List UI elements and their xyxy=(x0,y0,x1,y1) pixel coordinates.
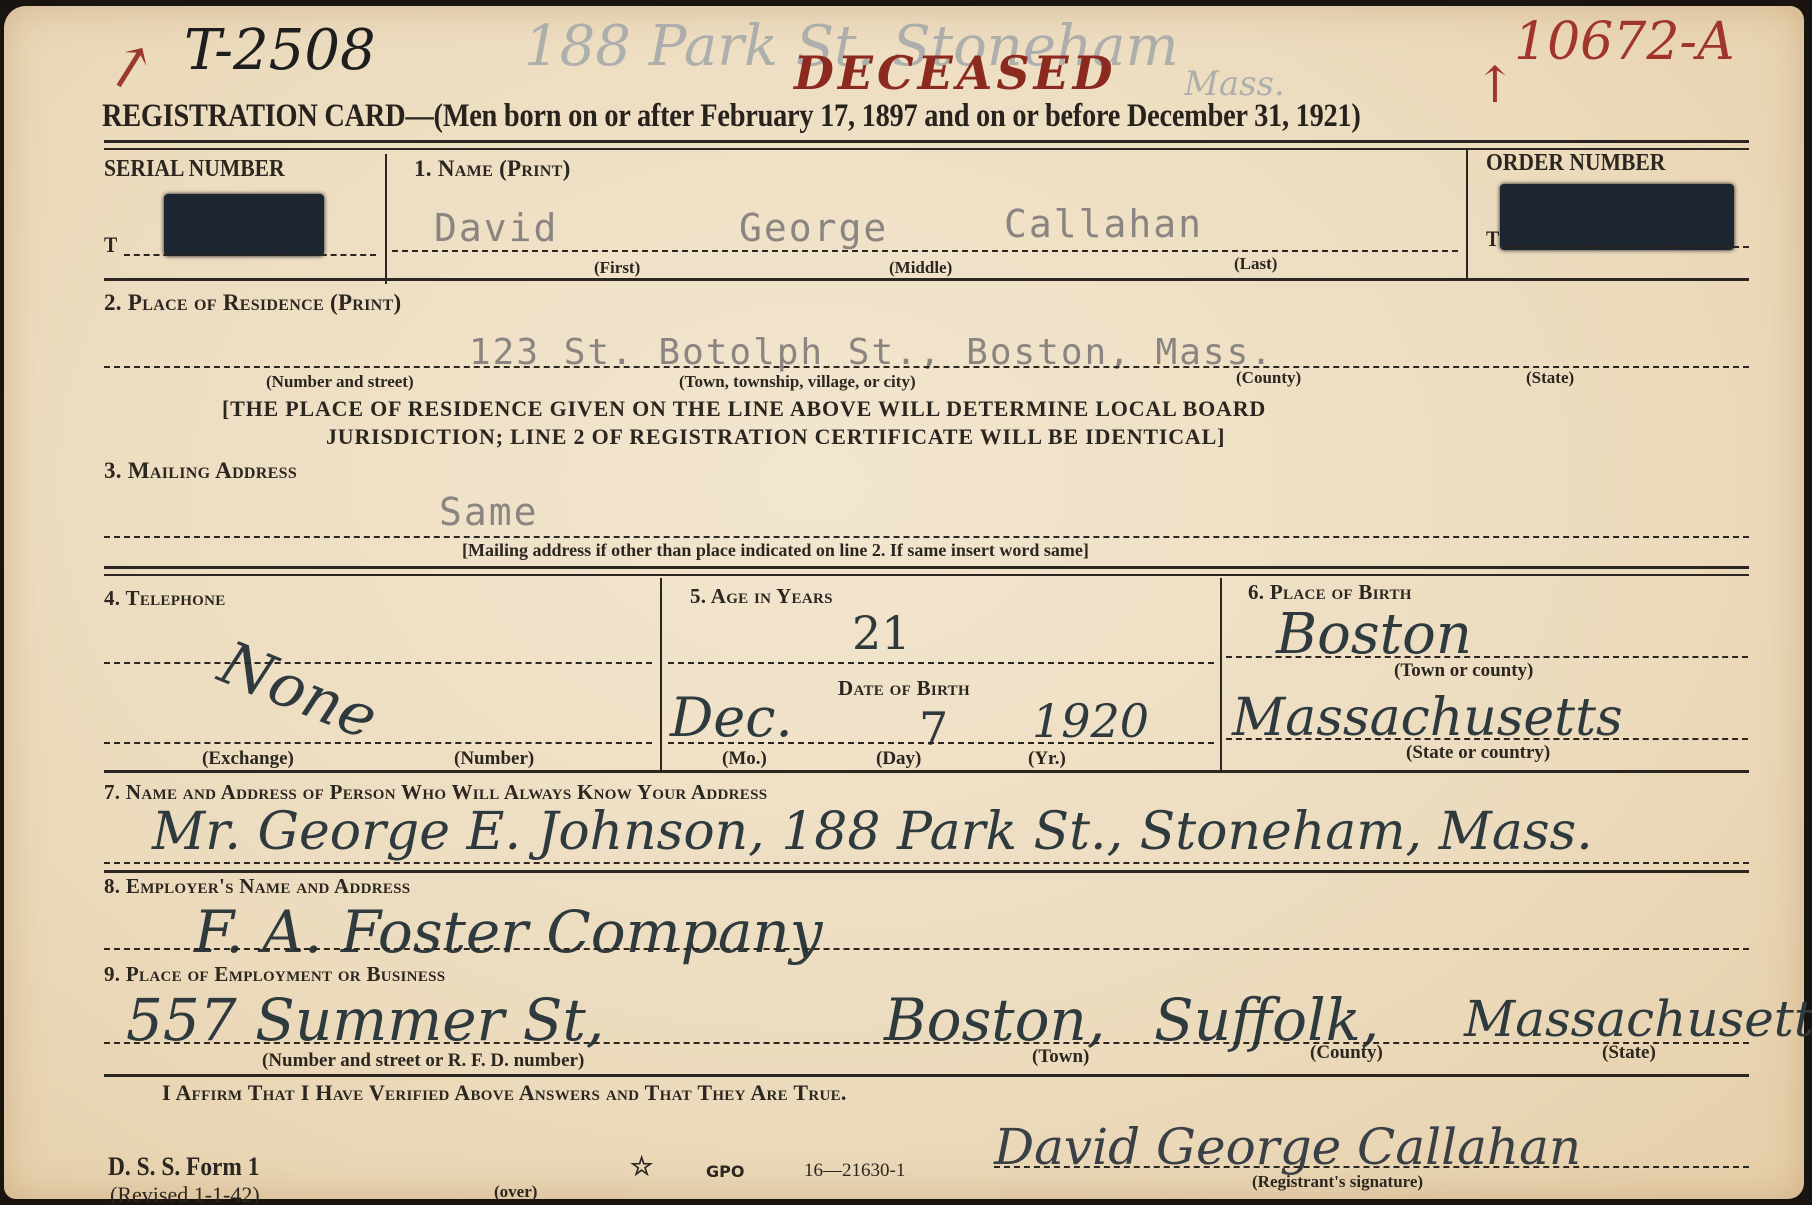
caption-street-rfd: (Number and street or R. F. D. number) xyxy=(262,1050,584,1072)
star-icon: ☆ xyxy=(630,1152,653,1182)
caption-emp-county: (County) xyxy=(1310,1042,1383,1064)
name-middle: George xyxy=(739,206,888,250)
employment-state: Massachusetts xyxy=(1464,990,1812,1048)
caption-town: (Town, township, village, or city) xyxy=(679,372,916,392)
registration-card: ↑ T-2508 188 Park St. Stoneham Mass. DEC… xyxy=(4,6,1804,1199)
form-name: D. S. S. Form 1 xyxy=(108,1152,259,1182)
card-title: REGISTRATION CARD—(Men born on or after … xyxy=(102,98,1361,135)
mailing-address-caption: [Mailing address if other than place ind… xyxy=(462,540,1089,561)
dob-month: Dec. xyxy=(670,686,793,749)
print-code: 16—21630-1 xyxy=(804,1160,905,1182)
caption-last: (Last) xyxy=(1234,254,1277,274)
gpo-mark: GPO xyxy=(706,1162,744,1181)
caption-number-street: (Number and street) xyxy=(266,372,414,392)
contact-person-value: Mr. George E. Johnson, 188 Park St., Sto… xyxy=(152,802,1593,862)
caption-number: (Number) xyxy=(454,748,534,770)
arrow-annotation-right: ↑ xyxy=(1474,56,1516,114)
form-revised: (Revised 1-1-42) xyxy=(110,1182,260,1205)
dob-label: Date of Birth xyxy=(838,676,970,701)
caption-emp-town: (Town) xyxy=(1032,1046,1089,1068)
serial-prefix: T xyxy=(104,232,117,258)
order-number-redacted xyxy=(1500,184,1734,250)
age-value: 21 xyxy=(852,606,911,660)
caption-county: (County) xyxy=(1236,368,1301,388)
dob-day: 7 xyxy=(919,702,948,756)
caption-state: (State) xyxy=(1526,368,1574,388)
caption-first: (First) xyxy=(594,258,640,278)
employer-label: 8. Employer's Name and Address xyxy=(104,874,410,899)
serial-number-label: SERIAL NUMBER xyxy=(104,156,285,183)
signature-caption: (Registrant's signature) xyxy=(1252,1172,1423,1192)
residence-label: 2. Place of Residence (Print) xyxy=(104,290,401,316)
telephone-label: 4. Telephone xyxy=(104,586,226,611)
caption-exchange: (Exchange) xyxy=(202,748,294,770)
caption-middle: (Middle) xyxy=(889,258,952,278)
dob-year: 1920 xyxy=(1032,694,1149,748)
employer-value: F. A. Foster Company xyxy=(194,898,823,966)
telephone-value: None xyxy=(210,628,387,754)
caption-state-country: (State or country) xyxy=(1406,742,1550,764)
caption-month: (Mo.) xyxy=(722,748,767,770)
deceased-stamp: DECEASED xyxy=(794,46,1117,100)
top-left-number: T-2508 xyxy=(184,18,376,83)
caption-emp-state: (State) xyxy=(1602,1042,1656,1064)
name-first: David xyxy=(434,206,558,250)
serial-number-redacted xyxy=(164,194,324,256)
name-label: 1. Name (Print) xyxy=(414,156,571,182)
name-last: Callahan xyxy=(1004,202,1203,246)
caption-town-county: (Town or county) xyxy=(1394,660,1533,682)
residence-notice-line1: [THE PLACE OF RESIDENCE GIVEN ON THE LIN… xyxy=(222,396,1266,422)
order-number-label: ORDER NUMBER xyxy=(1486,150,1665,177)
top-right-number: 10672-A xyxy=(1514,12,1735,72)
caption-day: (Day) xyxy=(876,748,921,770)
mailing-address-value: Same xyxy=(439,490,539,534)
caption-year: (Yr.) xyxy=(1028,748,1066,770)
mailing-address-label: 3. Mailing Address xyxy=(104,458,297,484)
order-prefix: T xyxy=(1486,226,1499,252)
affirmation-text: I Affirm That I Have Verified Above Answ… xyxy=(162,1080,847,1106)
over-note: (over) xyxy=(494,1182,537,1202)
employment-place-label: 9. Place of Employment or Business xyxy=(104,962,445,987)
age-label: 5. Age in Years xyxy=(690,584,833,609)
residence-notice-line2: JURISDICTION; LINE 2 OF REGISTRATION CER… xyxy=(326,424,1225,450)
